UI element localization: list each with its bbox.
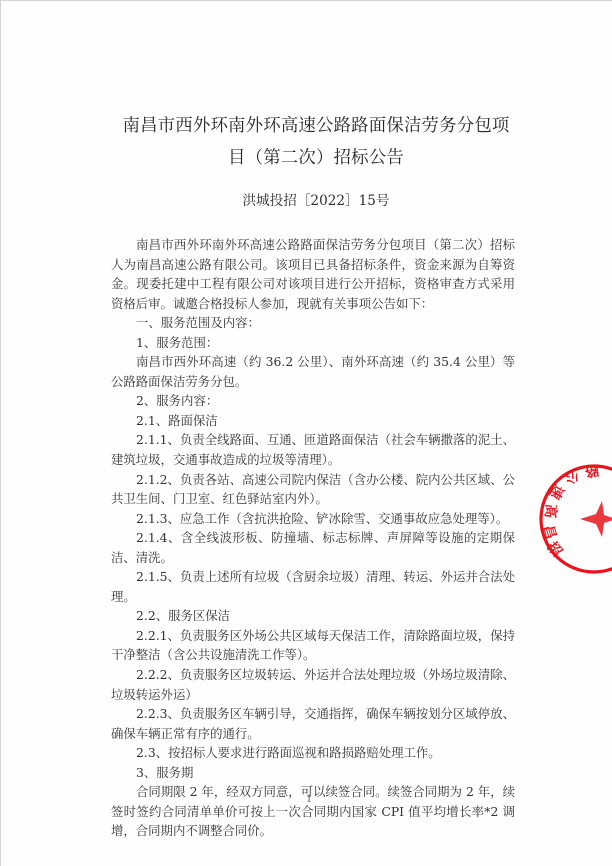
paragraph: 2.2.1、负责服务区外场公共区域每天保洁工作，清除路面垃圾，保持干净整洁（含公… — [111, 626, 515, 665]
paragraph: 2.2.3、负责服务区车辆引导，交通指挥，确保车辆按划分区域停放、确保车辆正常有… — [111, 704, 515, 743]
seal-icon: 招 昌 高 速 公 路 — [538, 463, 612, 575]
subsection-heading: 1、服务范围： — [111, 333, 515, 353]
paragraph: 2.1.1、负责全线路面、互通、匝道路面保洁（社会车辆撒落的泥土、建筑垃圾，交通… — [111, 430, 515, 469]
paragraph: 2.3、按招标人要求进行路面巡视和路损路赔处理工作。 — [111, 743, 515, 763]
intro-paragraph: 南昌市西外环南外环高速公路路面保洁劳务分包项目（第二次）招标人为南昌高速公路有限… — [111, 235, 515, 313]
paragraph: 合同期限 2 年，经双方同意，可以续签合同。续签合同期为 2 年，续签时签约合同… — [111, 782, 515, 841]
paragraph: 2.1.4、含全线波形板、防撞墙、标志标牌、声屏障等设施的定期保洁、清洗。 — [111, 528, 515, 567]
section-heading: 一、服务范围及内容： — [111, 313, 515, 333]
paragraph: 2.2.2、负责服务区垃圾转运、外运并合法处理垃圾（外场垃圾清除、垃圾转运外运） — [111, 665, 515, 704]
subsection-heading: 2.1、路面保洁 — [111, 411, 515, 431]
svg-text:路: 路 — [584, 463, 600, 480]
paragraph: 2.1.3、应急工作（含抗洪抢险、铲冰除雪、交通事故应急处理等）。 — [111, 509, 515, 529]
subsection-heading: 2.2、服务区保洁 — [111, 606, 515, 626]
document-title-line-2: 目（第二次）招标公告 — [111, 142, 521, 174]
paragraph: 南昌市西外环高速（约 36.2 公里）、南外环高速（约 35.4 公里）等公路路… — [111, 352, 515, 391]
document-page: 南昌市西外环南外环高速公路路面保洁劳务分包项 目（第二次）招标公告 洪城投招［2… — [0, 0, 612, 866]
document-title-line-1: 南昌市西外环南外环高速公路路面保洁劳务分包项 — [111, 110, 521, 142]
document-number: 洪城投招［2022］15号 — [111, 190, 521, 212]
subsection-heading: 2、服务内容： — [111, 391, 515, 411]
official-seal-stamp: 招 昌 高 速 公 路 — [538, 463, 612, 575]
page-number: 1 — [301, 794, 317, 805]
subsection-heading: 3、服务期 — [111, 763, 515, 783]
svg-text:高: 高 — [541, 503, 559, 518]
paragraph: 2.1.2、负责各站、高速公司院内保洁（含办公楼、院内公共区域、公共卫生间、门卫… — [111, 470, 515, 509]
svg-text:速: 速 — [546, 481, 568, 502]
paragraph: 2.1.5、负责上述所有垃圾（含厨余垃圾）清理、转运、外运并合法处理。 — [111, 567, 515, 606]
document-body: 南昌市西外环南外环高速公路路面保洁劳务分包项目（第二次）招标人为南昌高速公路有限… — [111, 235, 515, 841]
